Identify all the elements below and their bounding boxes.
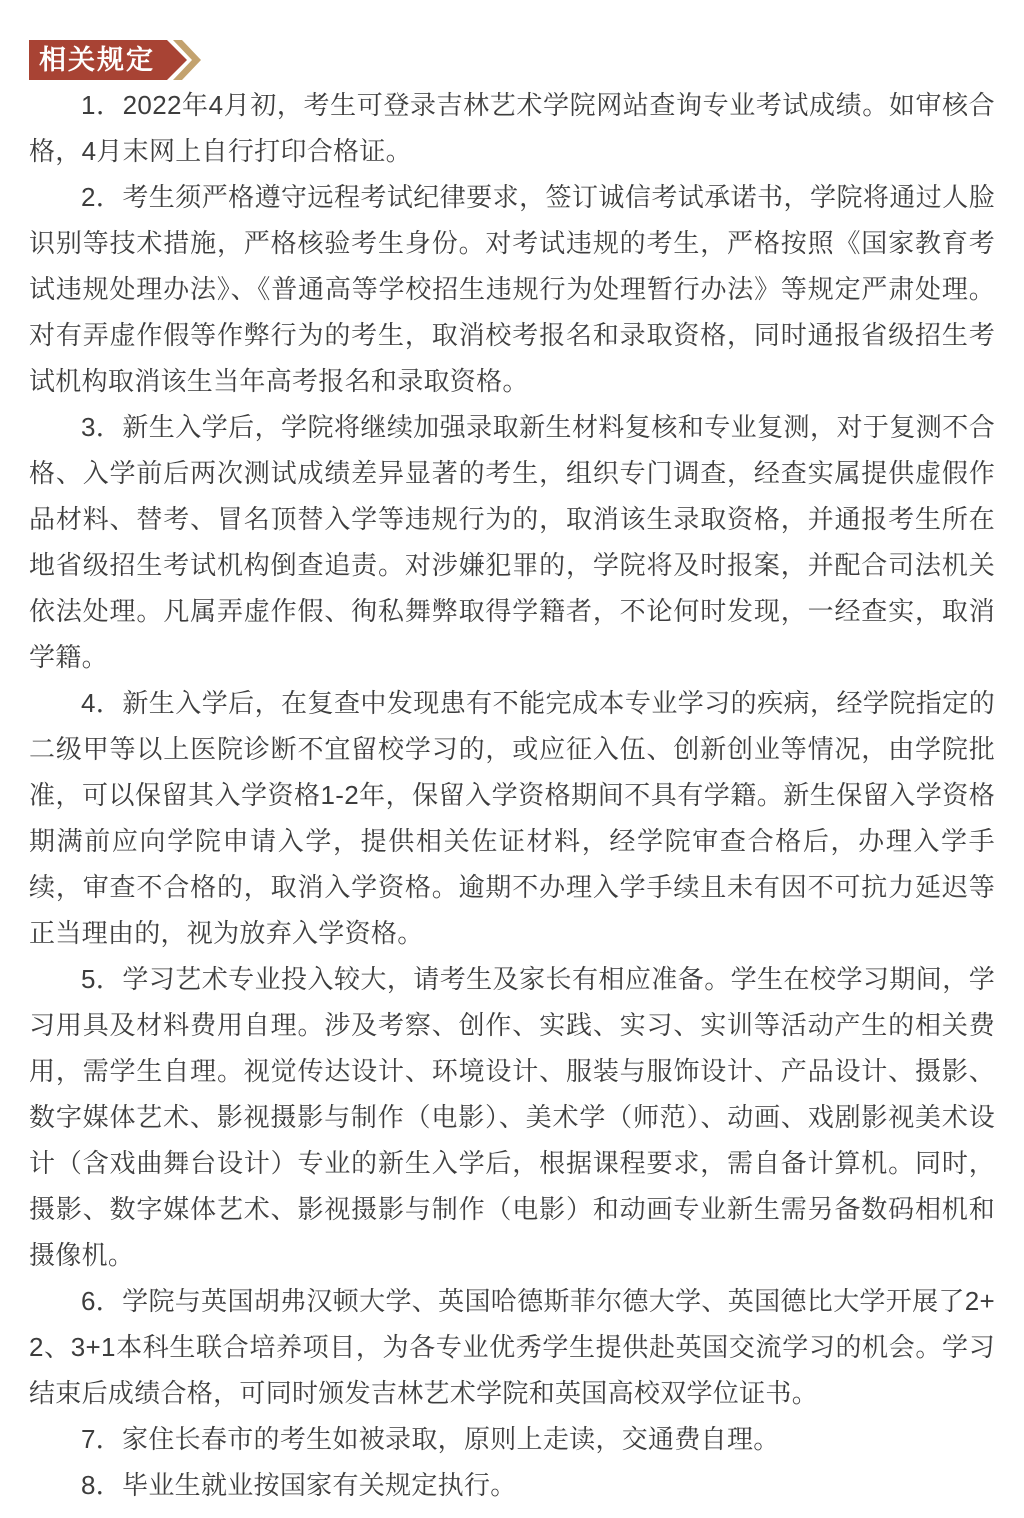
regulation-item-2: 2．考生须严格遵守远程考试纪律要求，签订诚信考试承诺书，学院将通过人脸识别等技术… — [29, 174, 995, 404]
regulation-item-6: 6．学院与英国胡弗汉顿大学、英国哈德斯菲尔德大学、英国德比大学开展了2+2、3+… — [29, 1278, 995, 1416]
regulation-item-8: 8．毕业生就业按国家有关规定执行。 — [29, 1462, 995, 1508]
regulation-item-5: 5．学习艺术专业投入较大，请考生及家长有相应准备。学生在校学习期间，学习用具及材… — [29, 956, 995, 1278]
regulation-item-3: 3．新生入学后，学院将继续加强录取新生材料复核和专业复测，对于复测不合格、入学前… — [29, 404, 995, 680]
banner-arrow-plate: 相关规定 — [29, 40, 187, 80]
regulation-item-4: 4．新生入学后，在复查中发现患有不能完成本专业学习的疾病，经学院指定的二级甲等以… — [29, 680, 995, 956]
section-header: 相关规定 — [29, 40, 995, 80]
regulation-item-1: 1．2022年4月初，考生可登录吉林艺术学院网站查询专业考试成绩。如审核合格，4… — [29, 82, 995, 174]
regulations-page: 相关规定 1．2022年4月初，考生可登录吉林艺术学院网站查询专业考试成绩。如审… — [0, 0, 1024, 1518]
section-title: 相关规定 — [39, 40, 155, 80]
regulation-item-7: 7．家住长春市的考生如被录取，原则上走读，交通费自理。 — [29, 1416, 995, 1462]
regulations-body: 1．2022年4月初，考生可登录吉林艺术学院网站查询专业考试成绩。如审核合格，4… — [29, 82, 995, 1508]
